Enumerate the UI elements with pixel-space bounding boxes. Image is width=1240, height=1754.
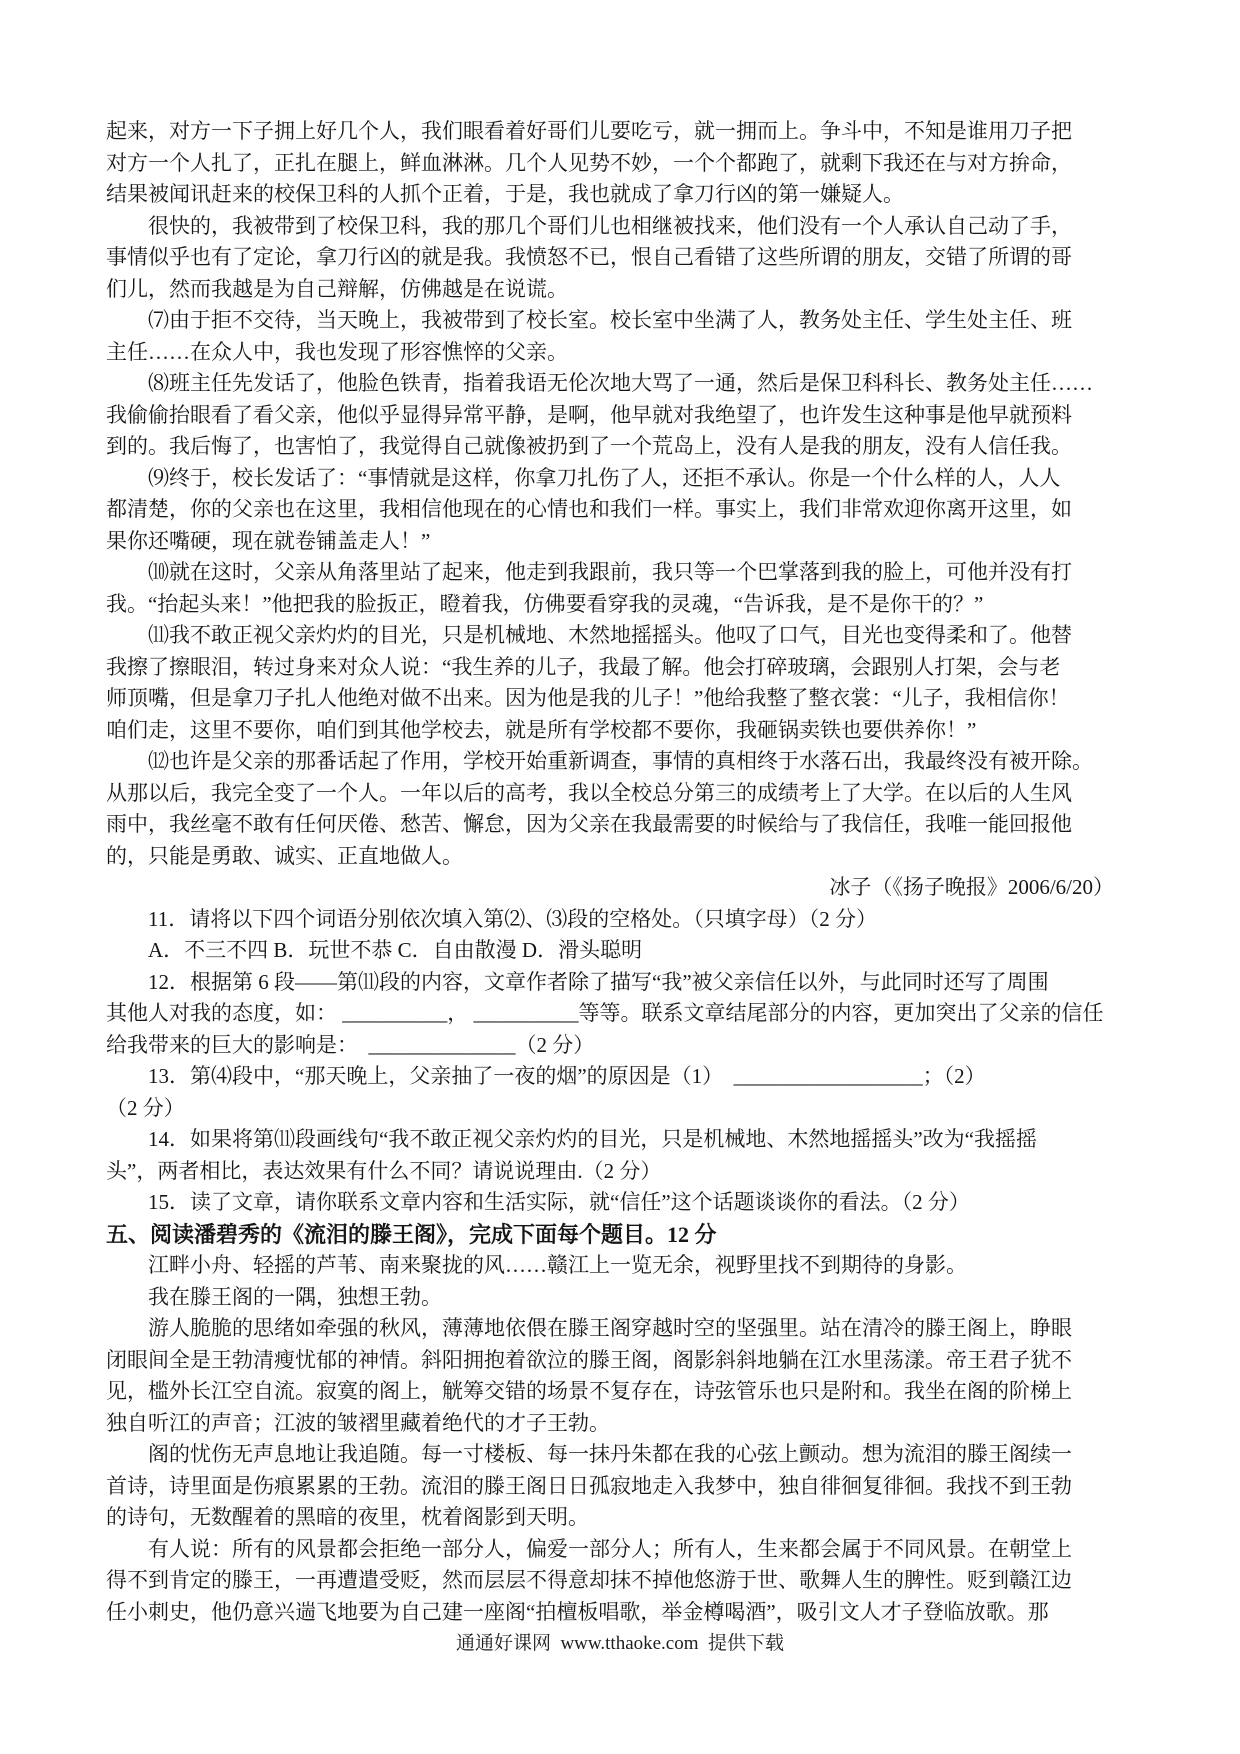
text-line: 咱们走，这里不要你，咱们到其他学校去，就是所有学校都不要你，我砸锅卖铁也要供养你… <box>106 715 1138 747</box>
text-line: （2 分） <box>106 1093 1138 1125</box>
text-line: 师顶嘴，但是拿刀子扎人他绝对做不出来。因为他是我的儿子！”他给我整了整衣裳：“儿… <box>106 683 1138 715</box>
text-line: ⑻班主任先发话了，他脸色铁青，指着我语无伦次地大骂了一通，然后是保卫科科长、教务… <box>106 368 1138 400</box>
text-line: ⑽就在这时，父亲从角落里站了起来，他走到我跟前，我只等一个巴掌落到我的脸上，可他… <box>106 557 1138 589</box>
text-line: 从那以后，我完全变了一个人。一年以后的高考，我以全校总分第三的成绩考上了大学。在… <box>106 778 1138 810</box>
text-line: 我擦了擦眼泪，转过身来对众人说：“我生养的儿子，我最了解。他会打碎玻璃，会跟别人… <box>106 652 1138 684</box>
text-line: 江畔小舟、轻摇的芦苇、南来聚拢的风……赣江上一览无余，视野里找不到期待的身影。 <box>106 1250 1138 1282</box>
text-line: 任小刺史，他仍意兴遄飞地要为自己建一座阁“拍檀板唱歌，举金樽喝酒”，吸引文人才子… <box>106 1597 1138 1629</box>
question-14: 14．如果将第⑾段画线句“我不敢正视父亲灼灼的目光，只是机械地、木然地摇摇头”改… <box>106 1124 1138 1156</box>
text-line: 很快的，我被带到了校保卫科，我的那几个哥们儿也相继被找来，他们没有一个人承认自己… <box>106 211 1138 243</box>
text-line: 我。“抬起头来！”他把我的脸扳正，瞪着我，仿佛要看穿我的灵魂，“告诉我，是不是你… <box>106 589 1138 621</box>
text-line: 给我带来的巨大的影响是： ______________（2 分） <box>106 1030 1138 1062</box>
text-line: ⑺由于拒不交待，当天晚上，我被带到了校长室。校长室中坐满了人，教务处主任、学生处… <box>106 305 1138 337</box>
question-11: 11．请将以下四个词语分别依次填入第⑵、⑶段的空格处。（只填字母）（2 分） <box>106 904 1138 936</box>
document-page: 起来，对方一下子拥上好几个人，我们眼看着好哥们儿要吃亏，就一拥而上。争斗中，不知… <box>0 0 1240 1754</box>
text-line: 独自听江的声音；江波的皱褶里藏着绝代的才子王勃。 <box>106 1408 1138 1440</box>
text-line: 的，只能是勇敢、诚实、正直地做人。 <box>106 841 1138 873</box>
text-line: ⑾我不敢正视父亲灼灼的目光，只是机械地、木然地摇摇头。他叹了口气，目光也变得柔和… <box>106 620 1138 652</box>
question-15: 15．读了文章，请你联系文章内容和生活实际，就“信任”这个话题谈谈你的看法。（2… <box>106 1187 1138 1219</box>
question-13: 13．第⑷段中，“那天晚上，父亲抽了一夜的烟”的原因是（1） _________… <box>106 1061 1138 1093</box>
text-line: 都清楚，你的父亲也在这里，我相信他现在的心情也和我们一样。事实上，我们非常欢迎你… <box>106 494 1138 526</box>
text-line: 我在滕王阁的一隅，独想王勃。 <box>106 1282 1138 1314</box>
text-line: 到的。我后悔了，也害怕了，我觉得自己就像被扔到了一个荒岛上，没有人是我的朋友，没… <box>106 431 1138 463</box>
text-line: 首诗，诗里面是伤痕累累的王勃。流泪的滕王阁日日孤寂地走入我梦中，独自徘徊复徘徊。… <box>106 1471 1138 1503</box>
text-line: 起来，对方一下子拥上好几个人，我们眼看着好哥们儿要吃亏，就一拥而上。争斗中，不知… <box>106 116 1138 148</box>
text-line: 事情似乎也有了定论，拿刀行凶的就是我。我愤怒不已，恨自己看错了这些所谓的朋友，交… <box>106 242 1138 274</box>
text-line: 其他人对我的态度，如： __________， __________等等。联系文… <box>106 998 1138 1030</box>
text-line: 我偷偷抬眼看了看父亲，他似乎显得异常平静，是啊，他早就对我绝望了，也许发生这种事… <box>106 400 1138 432</box>
text-line: 雨中，我丝毫不敢有任何厌倦、愁苦、懈怠，因为父亲在我最需要的时候给与了我信任，我… <box>106 809 1138 841</box>
text-line: 闭眼间全是王勃清瘦忧郁的神情。斜阳拥抱着欲泣的滕王阁，阁影斜斜地躺在江水里荡漾。… <box>106 1345 1138 1377</box>
section-five-heading: 五、阅读潘碧秀的《流泪的滕王阁》，完成下面每个题目。12 分 <box>106 1219 1138 1251</box>
text-line: 们儿，然而我越是为自己辩解，仿佛越是在说谎。 <box>106 274 1138 306</box>
text-line: 结果被闻讯赶来的校保卫科的人抓个正着，于是，我也就成了拿刀行凶的第一嫌疑人。 <box>106 179 1138 211</box>
page-footer: 通通好课网 www.tthaoke.com 提供下载 <box>0 1628 1240 1655</box>
text-line: 游人脆脆的思绪如牵强的秋风，薄薄地依偎在滕王阁穿越时空的坚强里。站在清冷的滕王阁… <box>106 1313 1138 1345</box>
text-line: 头”，两者相比，表达效果有什么不同？请说说理由.（2 分） <box>106 1156 1138 1188</box>
text-line: ⑼终于，校长发话了：“事情就是这样，你拿刀扎伤了人，还拒不承认。你是一个什么样的… <box>106 463 1138 495</box>
text-line: 果你还嘴硬，现在就卷铺盖走人！” <box>106 526 1138 558</box>
text-line: 对方一个人扎了，正扎在腿上，鲜血淋淋。几个人见势不妙，一个个都跑了，就剩下我还在… <box>106 148 1138 180</box>
text-line: 有人说：所有的风景都会拒绝一部分人，偏爱一部分人；所有人，生来都会属于不同风景。… <box>106 1534 1138 1566</box>
question-11-options: A．不三不四 B．玩世不恭 C．自由散漫 D．滑头聪明 <box>106 935 1138 967</box>
text-line: 主任……在众人中，我也发现了形容憔悴的父亲。 <box>106 337 1138 369</box>
question-12: 12．根据第 6 段——第⑾段的内容，文章作者除了描写“我”被父亲信任以外，与此… <box>106 967 1138 999</box>
text-line: 见，槛外长江空自流。寂寞的阁上，觥筹交错的场景不复存在，诗弦管乐也只是附和。我坐… <box>106 1376 1138 1408</box>
text-line: 得不到肯定的滕王，一再遭遣受贬，然而层层不得意却抹不掉他悠游于世、歌舞人生的脾性… <box>106 1565 1138 1597</box>
text-line: 的诗句，无数醒着的黑暗的夜里，枕着阁影到天明。 <box>106 1502 1138 1534</box>
text-line: ⑿也许是父亲的那番话起了作用，学校开始重新调查，事情的真相终于水落石出，我最终没… <box>106 746 1138 778</box>
text-line: 阁的忧伤无声息地让我追随。每一寸楼板、每一抹丹朱都在我的心弦上颤动。想为流泪的滕… <box>106 1439 1138 1471</box>
text-body: 起来，对方一下子拥上好几个人，我们眼看着好哥们儿要吃亏，就一拥而上。争斗中，不知… <box>106 116 1138 1628</box>
byline: 冰子（《扬子晚报》2006/6/20） <box>106 872 1138 904</box>
